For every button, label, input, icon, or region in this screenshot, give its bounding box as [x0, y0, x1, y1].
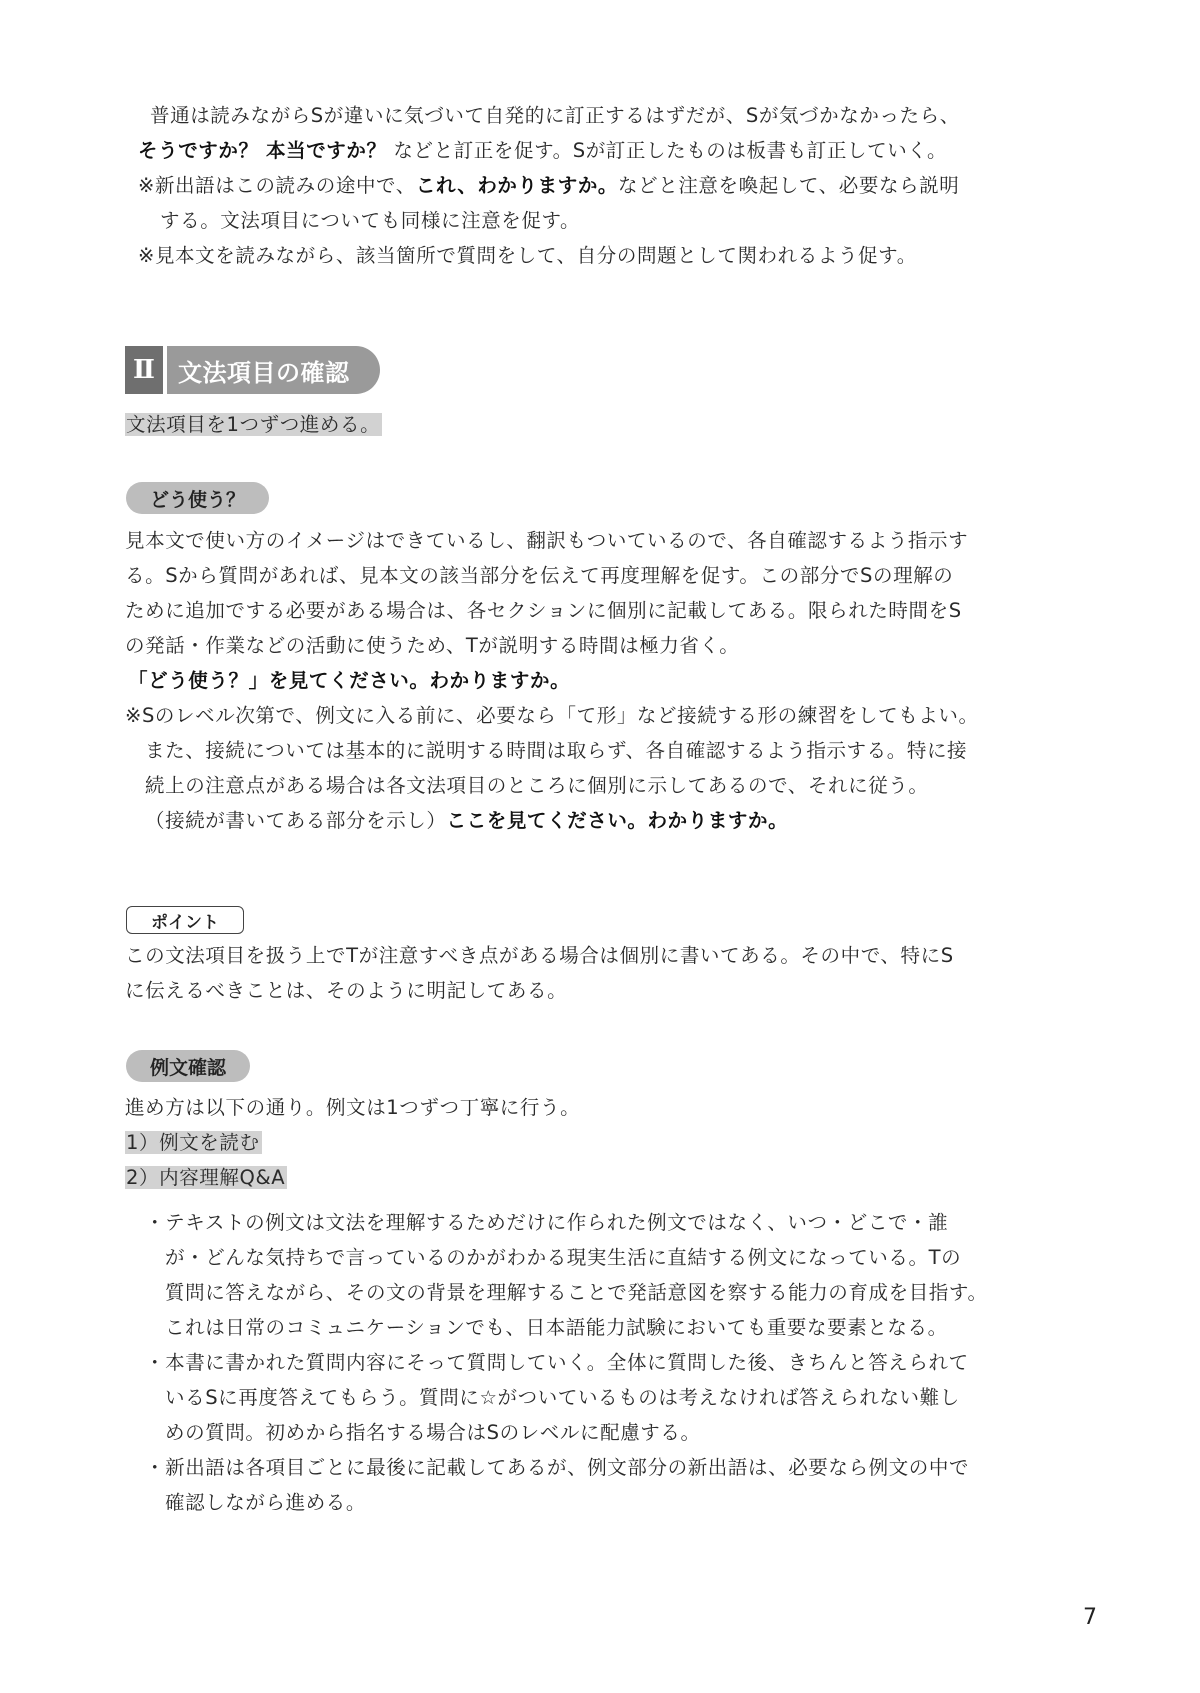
section-numeral: Ⅱ: [125, 346, 163, 394]
intro-line-4: する。文法項目についても同様に注意を促す。: [160, 203, 580, 238]
bullet-line-3: 質問に答えながら、その文の背景を理解することで発話意図を察する能力の育成を目指す…: [165, 1275, 988, 1310]
bullet-line-7: めの質問。初めから指名する場合はSのレベルに配慮する。: [165, 1415, 701, 1450]
how-to-use-note-4-pre: （接続が書いてある部分を示し）: [145, 809, 447, 832]
intro-line-1: 普通は読みながらSが違いに気づいて自発的に訂正するはずだが、Sが気づかなかったら…: [150, 98, 960, 133]
step-2-text: 2）内容理解Q&A: [125, 1166, 287, 1189]
bullet-line-2: が・どんな気持ちで言っているのかがわかる現実生活に直結する例文になっている。Tの: [165, 1240, 961, 1275]
example-check-label: 例文確認: [126, 1050, 250, 1082]
intro-line-2: そうですか？ 本当ですか？ などと訂正を促す。Sが訂正したものは板書も訂正してい…: [138, 133, 947, 168]
how-to-use-line-1: 見本文で使い方のイメージはできているし、翻訳もついているので、各自確認するよう指…: [125, 523, 968, 558]
intro-bold-phrase: そうですか？ 本当ですか？: [138, 139, 387, 162]
point-label: ポイント: [126, 906, 244, 934]
point-line-2: に伝えるべきことは、そのように明記してある。: [125, 973, 567, 1008]
how-to-use-note-1: ※Sのレベル次第で、例文に入る前に、必要なら「て形」など接続する形の練習をしても…: [125, 698, 979, 733]
example-check-intro: 進め方は以下の通り。例文は1つずつ丁寧に行う。: [125, 1090, 580, 1125]
bullet-line-4: これは日常のコミュニケーションでも、日本語能力試験においても重要な要素となる。: [165, 1310, 948, 1345]
how-to-use-note-4-bold: ここを見てください。わかりますか。: [447, 809, 789, 832]
how-to-use-instruction: 「どう使う？」を見てください。わかりますか。: [128, 663, 570, 698]
example-check-step-1: 1）例文を読む: [125, 1125, 262, 1160]
section-title: 文法項目の確認: [167, 346, 380, 394]
page-number: 7: [1083, 1605, 1097, 1630]
section-subtitle: 文法項目を1つずつ進める。: [125, 407, 382, 442]
how-to-use-line-4: の発話・作業などの活動に使うため、Tが説明する時間は極力省く。: [125, 628, 739, 663]
how-to-use-note-4: （接続が書いてある部分を示し）ここを見てください。わかりますか。: [145, 803, 788, 838]
bullet-line-8: ・新出語は各項目ごとに最後に記載してあるが、例文部分の新出語は、必要なら例文の中…: [145, 1450, 969, 1485]
intro-line-2-rest: などと訂正を促す。Sが訂正したものは板書も訂正していく。: [387, 139, 948, 162]
section-header: Ⅱ 文法項目の確認: [125, 346, 380, 394]
intro-line-5: ※見本文を読みながら、該当箇所で質問をして、自分の問題として関われるよう促す。: [138, 238, 917, 273]
intro-line-3-post: などと注意を喚起して、必要なら説明: [618, 174, 959, 197]
point-line-1: この文法項目を扱う上でTが注意すべき点がある場合は個別に書いてある。その中で、特…: [125, 938, 954, 973]
bullet-line-5: ・本書に書かれた質問内容にそって質問していく。全体に質問した後、きちんと答えられ…: [145, 1345, 969, 1380]
how-to-use-label: どう使う？: [126, 482, 269, 514]
intro-line-3: ※新出語はこの読みの途中で、これ、わかりますか。などと注意を喚起して、必要なら説…: [138, 168, 959, 203]
intro-line-3-pre: ※新出語はこの読みの途中で、: [138, 174, 416, 197]
bullet-line-9: 確認しながら進める。: [165, 1485, 366, 1520]
document-page: 普通は読みながらSが違いに気づいて自発的に訂正するはずだが、Sが気づかなかったら…: [0, 0, 1200, 1693]
step-1-text: 1）例文を読む: [125, 1131, 262, 1154]
bullet-line-6: いるSに再度答えてもらう。質問に☆がついているものは考えなければ答えられない難し: [165, 1380, 960, 1415]
section-subtitle-text: 文法項目を1つずつ進める。: [125, 413, 382, 436]
bullet-line-1: ・テキストの例文は文法を理解するためだけに作られた例文ではなく、いつ・どこで・誰: [145, 1205, 948, 1240]
example-check-step-2: 2）内容理解Q&A: [125, 1160, 287, 1195]
how-to-use-line-3: ために追加でする必要がある場合は、各セクションに個別に記載してある。限られた時間…: [125, 593, 962, 628]
how-to-use-note-2: また、接続については基本的に説明する時間は取らず、各自確認するよう指示する。特に…: [145, 733, 967, 768]
intro-line-3-bold: これ、わかりますか。: [416, 174, 618, 197]
how-to-use-note-3: 続上の注意点がある場合は各文法項目のところに個別に示してあるので、それに従う。: [145, 768, 929, 803]
how-to-use-line-2: る。Sから質問があれば、見本文の該当部分を伝えて再度理解を促す。この部分でSの理…: [125, 558, 953, 593]
